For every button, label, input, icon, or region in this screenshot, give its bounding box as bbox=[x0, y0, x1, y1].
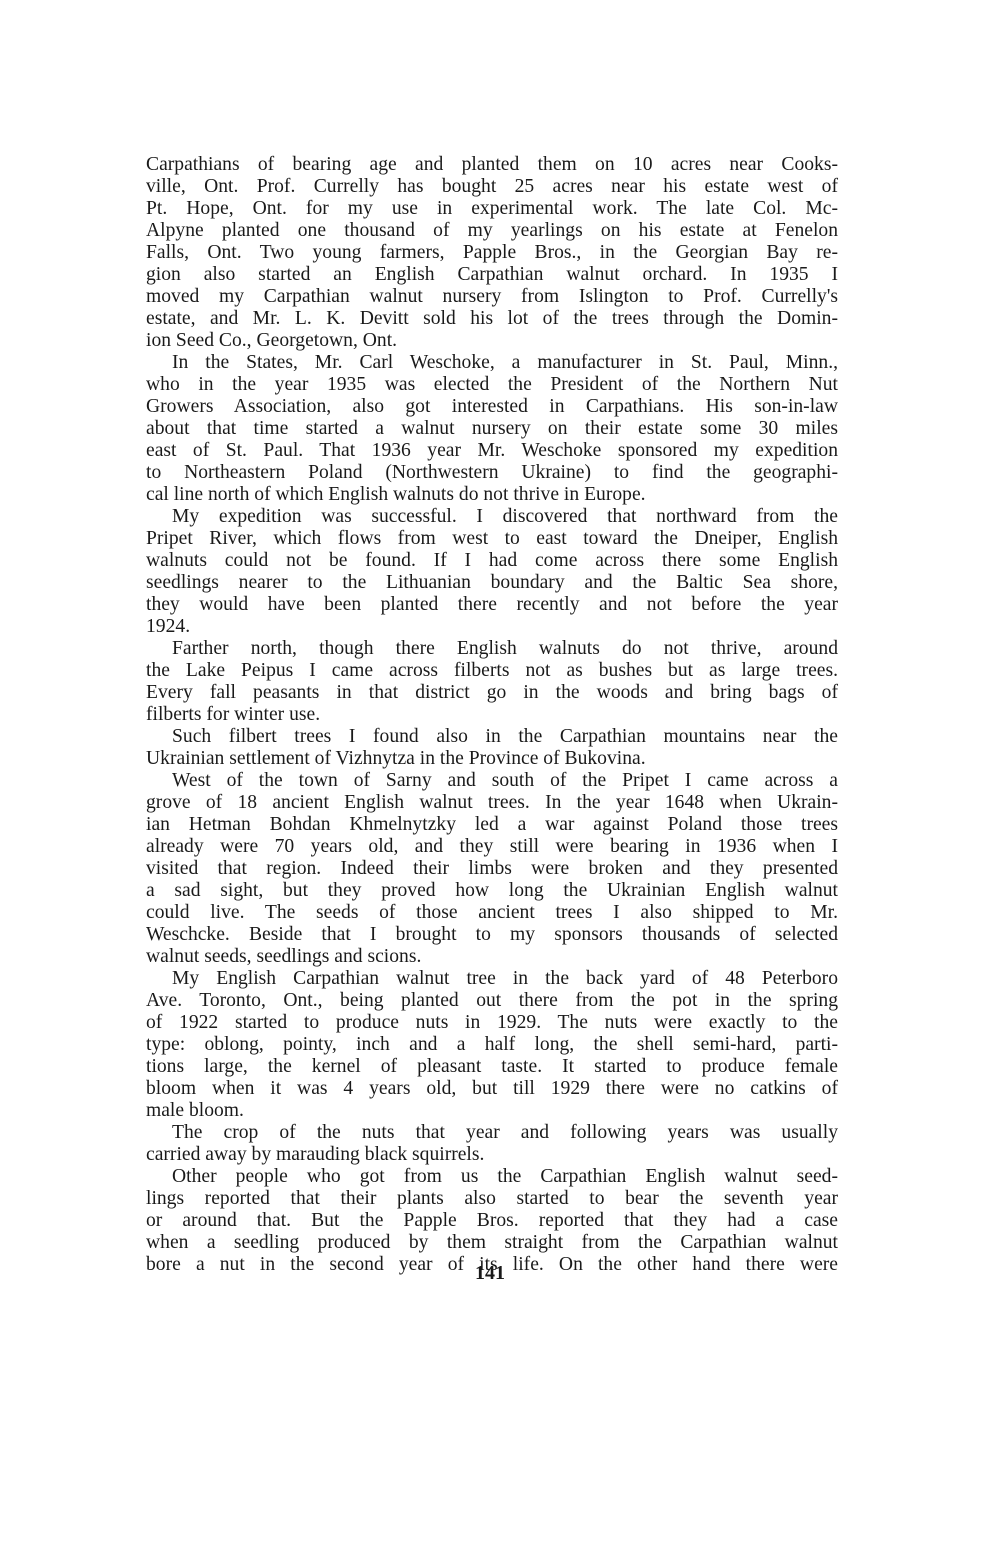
text-line: Such filbert trees I found also in the C… bbox=[146, 726, 838, 748]
text-line: West of the town of Sarny and south of t… bbox=[146, 770, 838, 792]
text-line: type: oblong, pointy, inch and a half lo… bbox=[146, 1034, 838, 1056]
text-line: a sad sight, but they proved how long th… bbox=[146, 880, 838, 902]
text-line: grove of 18 ancient English walnut trees… bbox=[146, 792, 838, 814]
paragraph-6: West of the town of Sarny and south of t… bbox=[146, 770, 838, 968]
text-line: ville, Ont. Prof. Currelly has bought 25… bbox=[146, 176, 838, 198]
text-line: moved my Carpathian walnut nursery from … bbox=[146, 286, 838, 308]
text-line: male bloom. bbox=[146, 1100, 838, 1122]
paragraph-1: Carpathians of bearing age and planted t… bbox=[146, 154, 838, 352]
text-line: The crop of the nuts that year and follo… bbox=[146, 1122, 838, 1144]
text-line: to Northeastern Poland (Northwestern Ukr… bbox=[146, 462, 838, 484]
text-line: about that time started a walnut nursery… bbox=[146, 418, 838, 440]
text-line: seedlings nearer to the Lithuanian bound… bbox=[146, 572, 838, 594]
text-line: or around that. But the Papple Bros. rep… bbox=[146, 1210, 838, 1232]
text-line: Alpyne planted one thousand of my yearli… bbox=[146, 220, 838, 242]
text-line: walnuts could not be found. If I had com… bbox=[146, 550, 838, 572]
text-line: Falls, Ont. Two young farmers, Papple Br… bbox=[146, 242, 838, 264]
text-line: My expedition was successful. I discover… bbox=[146, 506, 838, 528]
text-line: In the States, Mr. Carl Weschoke, a manu… bbox=[146, 352, 838, 374]
document-page-body: Carpathians of bearing age and planted t… bbox=[146, 154, 838, 1276]
text-line: carried away by marauding black squirrel… bbox=[146, 1144, 838, 1166]
paragraph-9: Other people who got from us the Carpath… bbox=[146, 1166, 838, 1276]
paragraph-7: My English Carpathian walnut tree in the… bbox=[146, 968, 838, 1122]
text-line: Farther north, though there English waln… bbox=[146, 638, 838, 660]
text-line: bloom when it was 4 years old, but till … bbox=[146, 1078, 838, 1100]
paragraph-5: Such filbert trees I found also in the C… bbox=[146, 726, 838, 770]
text-line: Weschcke. Beside that I brought to my sp… bbox=[146, 924, 838, 946]
text-line: when a seedling produced by them straigh… bbox=[146, 1232, 838, 1254]
text-line: My English Carpathian walnut tree in the… bbox=[146, 968, 838, 990]
text-line: Ukrainian settlement of Vizhnytza in the… bbox=[146, 748, 838, 770]
paragraph-8: The crop of the nuts that year and follo… bbox=[146, 1122, 838, 1166]
text-line: of 1922 started to produce nuts in 1929.… bbox=[146, 1012, 838, 1034]
text-line: 1924. bbox=[146, 616, 838, 638]
text-line: cal line north of which English walnuts … bbox=[146, 484, 838, 506]
text-line: visited that region. Indeed their limbs … bbox=[146, 858, 838, 880]
paragraph-3: My expedition was successful. I discover… bbox=[146, 506, 838, 638]
text-line: Every fall peasants in that district go … bbox=[146, 682, 838, 704]
text-line: estate, and Mr. L. K. Devitt sold his lo… bbox=[146, 308, 838, 330]
text-line: the Lake Peipus I came across filberts n… bbox=[146, 660, 838, 682]
text-line: they would have been planted there recen… bbox=[146, 594, 838, 616]
text-line: gion also started an English Carpathian … bbox=[146, 264, 838, 286]
text-line: Other people who got from us the Carpath… bbox=[146, 1166, 838, 1188]
text-line: ion Seed Co., Georgetown, Ont. bbox=[146, 330, 838, 352]
text-line: filberts for winter use. bbox=[146, 704, 838, 726]
text-line: east of St. Paul. That 1936 year Mr. Wes… bbox=[146, 440, 838, 462]
text-line: Pripet River, which flows from west to e… bbox=[146, 528, 838, 550]
text-line: already were 70 years old, and they stil… bbox=[146, 836, 838, 858]
text-line: who in the year 1935 was elected the Pre… bbox=[146, 374, 838, 396]
text-line: tions large, the kernel of pleasant tast… bbox=[146, 1056, 838, 1078]
text-line: walnut seeds, seedlings and scions. bbox=[146, 946, 838, 968]
text-line: lings reported that their plants also st… bbox=[146, 1188, 838, 1210]
text-line: Pt. Hope, Ont. for my use in experimenta… bbox=[146, 198, 838, 220]
text-line: Ave. Toronto, Ont., being planted out th… bbox=[146, 990, 838, 1012]
page-number: 141 bbox=[466, 1262, 514, 1285]
paragraph-4: Farther north, though there English waln… bbox=[146, 638, 838, 726]
text-line: Carpathians of bearing age and planted t… bbox=[146, 154, 838, 176]
text-line: could live. The seeds of those ancient t… bbox=[146, 902, 838, 924]
text-line: Growers Association, also got interested… bbox=[146, 396, 838, 418]
paragraph-2: In the States, Mr. Carl Weschoke, a manu… bbox=[146, 352, 838, 506]
text-line: ian Hetman Bohdan Khmelnytzky led a war … bbox=[146, 814, 838, 836]
